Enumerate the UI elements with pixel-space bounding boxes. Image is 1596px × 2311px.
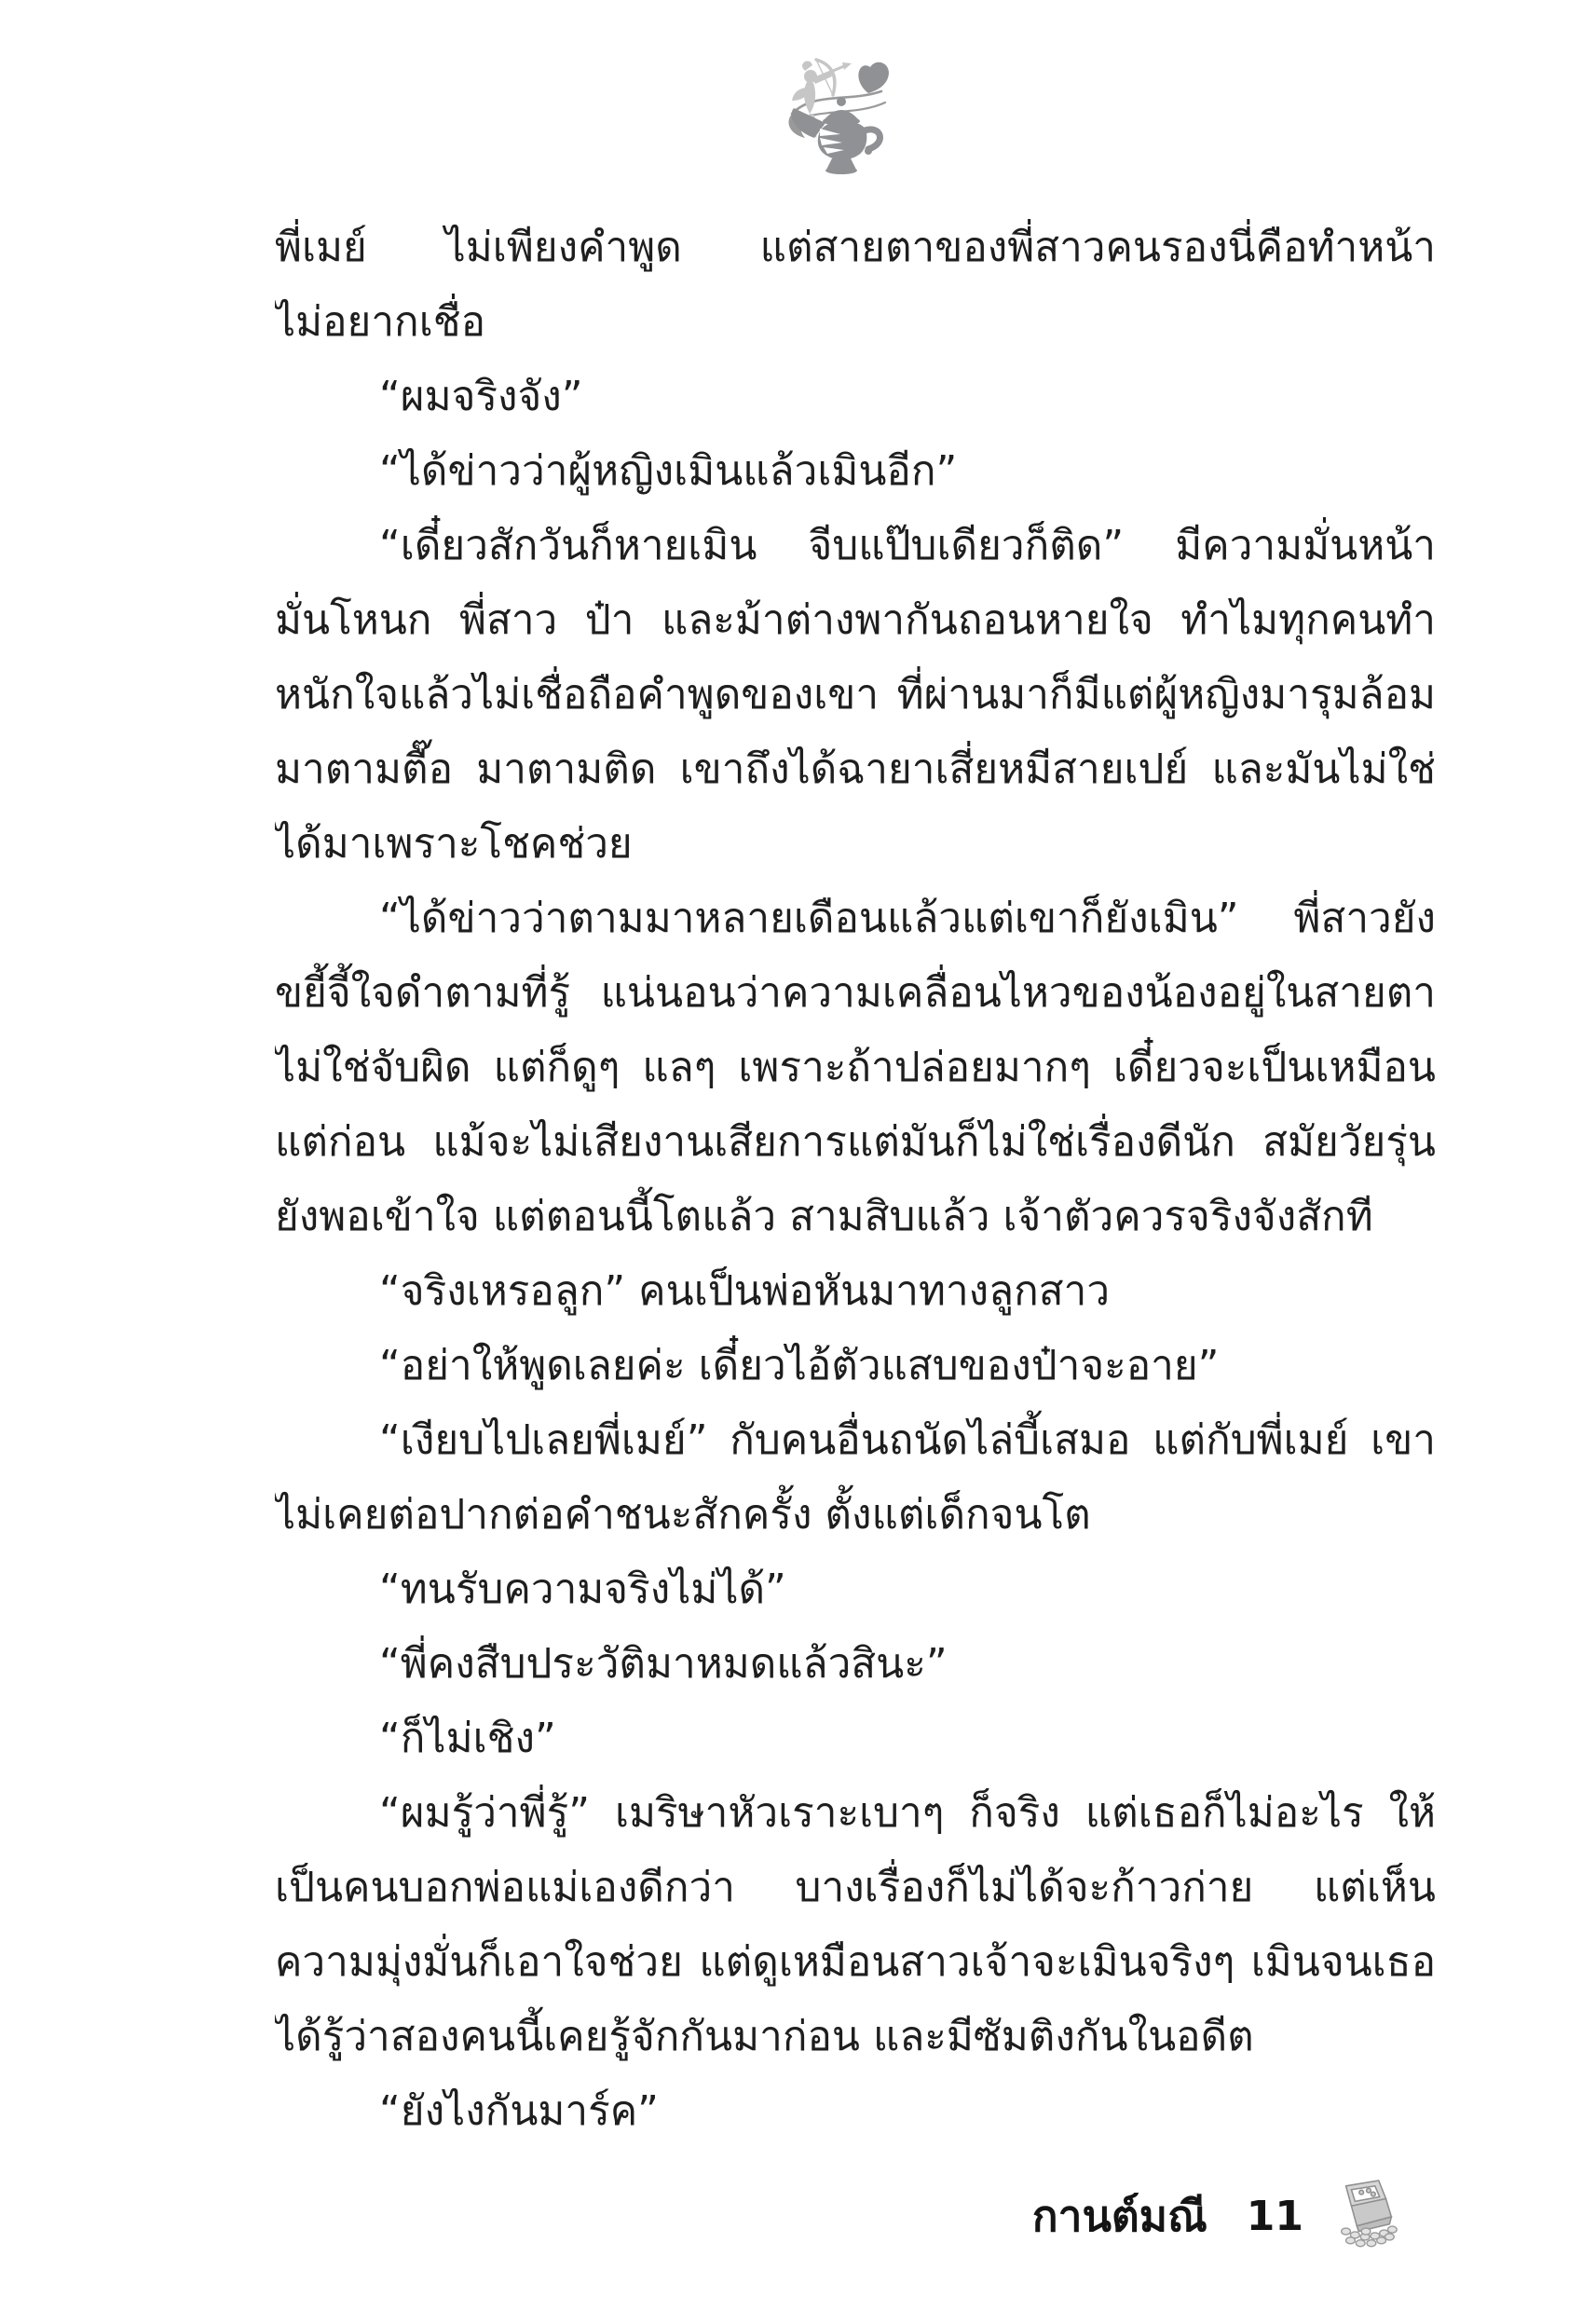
- text-line: แต่ก่อน แม้จะไม่เสียงานเสียการแต่มันก็ไม…: [275, 1105, 1436, 1180]
- text-line: ความมุ่งมั่นก็เอาใจช่วย แต่ดูเหมือนสาวเจ…: [275, 1925, 1436, 2000]
- text-line: ไม่เคยต่อปากต่อคำชนะสักครั้ง ตั้งแต่เด็ก…: [275, 1478, 1436, 1552]
- text-line: หนักใจแล้วไม่เชื่อถือคำพูดของเขา ที่ผ่าน…: [275, 658, 1436, 732]
- text-line: “ได้ข่าวว่าตามมาหลายเดือนแล้วแต่เขาก็ยัง…: [275, 882, 1436, 956]
- text-line: “ทนรับความจริงไม่ได้”: [275, 1552, 1436, 1627]
- text-line: “ได้ข่าวว่าผู้หญิงเมินแล้วเมินอีก”: [275, 434, 1436, 509]
- treasure-chest-icon: [1331, 2179, 1404, 2253]
- text-line: “เดี๋ยวสักวันก็หายเมิน จีบแป๊บเดียวก็ติด…: [275, 509, 1436, 583]
- book-title: กานต์มณี: [1032, 2182, 1207, 2250]
- text-line: ขยี้จี้ใจดำตามที่รู้ แน่นอนว่าความเคลื่อ…: [275, 956, 1436, 1031]
- text-line: มั่นโหนก พี่สาว ป๋า และม้าต่างพากันถอนหา…: [275, 583, 1436, 658]
- text-line: “ผมรู้ว่าพี่รู้” เมริษาหัวเราะเบาๆ ก็จริ…: [275, 1776, 1436, 1851]
- text-line: “อย่าให้พูดเลยค่ะ เดี๋ยวไอ้ตัวแสบของป๋าจ…: [275, 1329, 1436, 1403]
- cupid-heart-lamp-ornament: [783, 52, 896, 177]
- book-page: พี่เมย์ ไม่เพียงคำพูด แต่สายตาของพี่สาวค…: [0, 0, 1596, 2311]
- heart-icon: [858, 62, 889, 93]
- text-line: ได้รู้ว่าสองคนนี้เคยรู้จักกันมาก่อน และม…: [275, 2000, 1436, 2074]
- text-line: “ยังไงกันมาร์ค”: [275, 2074, 1436, 2149]
- text-line: “เงียบไปเลยพี่เมย์” กับคนอื่นถนัดไล่บี้เ…: [275, 1403, 1436, 1478]
- text-line: ได้มาเพราะโชคช่วย: [275, 807, 1436, 882]
- text-line: พี่เมย์ ไม่เพียงคำพูด แต่สายตาของพี่สาวค…: [275, 211, 1436, 285]
- text-line: มาตามตื๊อ มาตามติด เขาถึงได้ฉายาเสี่ยหมี…: [275, 732, 1436, 807]
- text-line: เป็นคนบอกพ่อแม่เองดีกว่า บางเรื่องก็ไม่ไ…: [275, 1851, 1436, 1925]
- page-number: 11: [1247, 2193, 1303, 2240]
- page-text: พี่เมย์ ไม่เพียงคำพูด แต่สายตาของพี่สาวค…: [275, 211, 1436, 2149]
- text-line: “ผมจริงจัง”: [275, 360, 1436, 434]
- text-line: “พี่คงสืบประวัติมาหมดแล้วสินะ”: [275, 1627, 1436, 1702]
- text-line: “ก็ไม่เชิง”: [275, 1702, 1436, 1776]
- text-line: ไม่ใช่จับผิด แต่ก็ดูๆ แลๆ เพราะถ้าปล่อยม…: [275, 1031, 1436, 1105]
- text-line: “จริงเหรอลูก” คนเป็นพ่อหันมาทางลูกสาว: [275, 1254, 1436, 1329]
- text-line: ยังพอเข้าใจ แต่ตอนนี้โตแล้ว สามสิบแล้ว เ…: [275, 1180, 1436, 1254]
- text-line: ไม่อยากเชื่อ: [275, 285, 1436, 360]
- page-footer: กานต์มณี 11: [1032, 2179, 1404, 2253]
